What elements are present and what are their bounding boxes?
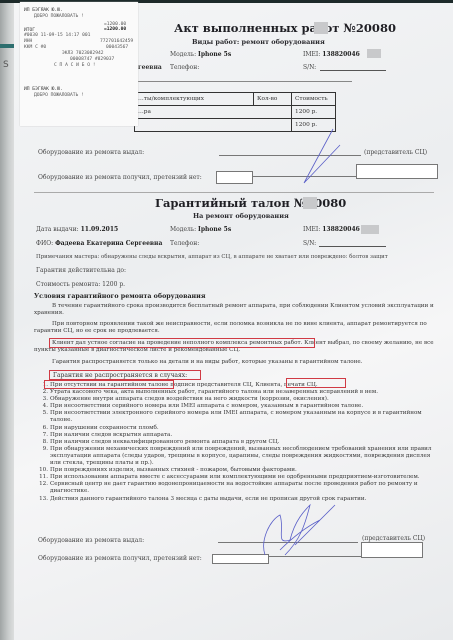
act-imei-label: IMEI: bbox=[303, 51, 320, 58]
warranty-fio-value: Фадеева Екатерина Сергеевна bbox=[55, 240, 162, 247]
conditions-para-4: Гарантия распространяется только на дета… bbox=[34, 359, 434, 366]
act-model-value: Iphone 5s bbox=[198, 51, 231, 58]
cash-receipt: ИП БЭГЯАК Ю.Ю. ДОБРО ПОЖАЛОВАТЬ ! =1200.… bbox=[20, 2, 138, 126]
conditions-para-4-text: Гарантия распространяется только на дета… bbox=[34, 359, 434, 366]
act-sn-line bbox=[320, 70, 386, 71]
warranty-issued-role: (представитель СЦ) bbox=[362, 535, 425, 542]
warranty-repair-cost: Стоимость ремонта: 1200 р. bbox=[36, 281, 125, 288]
act-works-table: …ты/комплектующих Кол-во Стоимость …ра 1… bbox=[134, 92, 336, 132]
receipt-kkm-value: 00043567 bbox=[106, 45, 128, 50]
list-item: 13.Действия данного гарантийного талона … bbox=[42, 496, 437, 503]
redaction bbox=[314, 22, 328, 34]
table-cell: …ра bbox=[135, 106, 292, 119]
conditions-para-1-text: В течение гарантийного срока производитс… bbox=[34, 303, 434, 317]
consent-highlight-box bbox=[49, 338, 315, 348]
list-item: 7.При наличии следов вскрытия аппарата. bbox=[42, 432, 437, 439]
act-received-label: Оборудование из ремонта получил, претенз… bbox=[38, 174, 202, 181]
receipt-total-amount: =1200.00 bbox=[104, 27, 126, 32]
act-phone-label: Телефон: bbox=[170, 64, 199, 71]
conditions-para-1: В течение гарантийного срока производитс… bbox=[34, 303, 434, 317]
table-row: …ра 1200 р. bbox=[135, 106, 336, 119]
redaction bbox=[361, 225, 379, 234]
redaction-box bbox=[356, 164, 438, 179]
exclusions-list: 1.При отсутствии на гарантийном талоне п… bbox=[42, 382, 437, 503]
warranty-received-label: Оборудование из ремонта получил, претенз… bbox=[38, 555, 202, 562]
warranty-sn-label: S/N: bbox=[303, 240, 316, 247]
warranty-model-value: Iphone 5s bbox=[198, 226, 231, 233]
receipt-kkm-label: ККМ С #0 bbox=[24, 45, 46, 50]
redaction-box bbox=[361, 542, 423, 558]
act-model-label: Модель: bbox=[170, 51, 196, 58]
receipt-inn-label: ИНН bbox=[24, 39, 32, 44]
list-item: 6.При нарушении сохранности пломб. bbox=[42, 425, 437, 432]
warranty-date-label: Дата выдачи: bbox=[36, 226, 79, 233]
receipt-seller-2: ИП БЭГЯАК Ю.Ю. bbox=[24, 87, 63, 92]
stamp-highlight-box bbox=[286, 378, 346, 388]
warranty-date-value: 11.09.2015 bbox=[81, 226, 119, 233]
act-received-signature-line bbox=[253, 176, 356, 177]
table-cell: 1200 р. bbox=[292, 119, 336, 132]
act-client-line bbox=[134, 81, 352, 82]
receipt-seller: ИП БЭГЯАК Ю.Ю. bbox=[24, 8, 63, 13]
receipt-welcome-2: ДОБРО ПОЖАЛОВАТЬ ! bbox=[34, 93, 84, 98]
list-item: 8.При наличии следов неквалифицированног… bbox=[42, 439, 437, 446]
act-issued-signature-line bbox=[219, 155, 361, 156]
warranty-title: Гарантийный талон №20080 bbox=[155, 196, 346, 210]
warranty-date-field: Дата выдачи: 11.09.2015 bbox=[36, 226, 118, 233]
table-header-cell: Стоимость bbox=[292, 93, 336, 106]
warranty-fio-field: ФИО: Фадеева Екатерина Сергеевна bbox=[36, 240, 162, 247]
warranty-imei-label: IMEI: bbox=[303, 226, 320, 233]
warranty-sn-line bbox=[319, 246, 386, 247]
conditions-title: Условия гарантийного ремонта оборудовани… bbox=[34, 293, 206, 300]
warranty-issued-signature-line bbox=[218, 542, 358, 543]
receipt-doc-line: #0030 11-09-15 14:17 001 bbox=[24, 33, 90, 38]
conditions-para-2: При повторном проявлении такой же неиспр… bbox=[34, 321, 434, 335]
list-item: 12.Сервисный центр не дает гарантию водо… bbox=[42, 481, 437, 495]
table-header-cell: …ты/комплектующих bbox=[135, 93, 254, 106]
list-item: 3.Обнаружение внутри аппарата следов воз… bbox=[42, 396, 437, 403]
act-imei-value: 138820046 bbox=[322, 51, 360, 58]
warranty-phone-label: Телефон: bbox=[170, 240, 199, 247]
warranty-imei-value: 138820046 bbox=[322, 226, 360, 233]
receipt-eklz-line: ЭКЛЗ 7023082942 bbox=[62, 51, 104, 56]
act-imei-field: IMEI: 138820046 bbox=[303, 51, 360, 58]
master-notes: Примечания мастера: обнаружены следы вск… bbox=[36, 254, 388, 260]
warranty-imei-field: IMEI: 138820046 bbox=[303, 226, 360, 233]
act-model-field: Модель: Iphone 5s bbox=[170, 51, 231, 58]
warranty-model-field: Модель: Iphone 5s bbox=[170, 226, 231, 233]
act-client-name: геевна bbox=[138, 64, 162, 71]
warranty-fio-label: ФИО: bbox=[36, 240, 53, 247]
list-item: 9.При обнаружении механических поврежден… bbox=[42, 446, 437, 467]
scanner-edge-mark: S bbox=[3, 60, 9, 70]
no-signature-highlight-box bbox=[44, 380, 174, 389]
warranty-model-label: Модель: bbox=[170, 226, 196, 233]
section-divider bbox=[34, 192, 434, 193]
list-item: 4.При несоответствии серийного номера ил… bbox=[42, 403, 437, 410]
warranty-received-signature-line bbox=[269, 556, 361, 557]
table-row: 1200 р. bbox=[135, 119, 336, 132]
scanner-edge: S bbox=[0, 0, 14, 640]
exclusions-title-highlight-box bbox=[49, 370, 201, 380]
table-cell: 1200 р. bbox=[292, 106, 336, 119]
redaction bbox=[367, 49, 381, 58]
list-item: 5.При несоответствии электронного серийн… bbox=[42, 410, 437, 424]
warranty-valid-until: Гарантия действительна до: bbox=[36, 267, 126, 274]
act-sn-label: S/N: bbox=[303, 64, 316, 71]
scanner-edge-band bbox=[0, 44, 14, 48]
table-header-row: …ты/комплектующих Кол-во Стоимость bbox=[135, 93, 336, 106]
redaction bbox=[303, 197, 317, 209]
act-issued-role: (представитель СЦ) bbox=[364, 149, 427, 156]
receipt-welcome: ДОБРО ПОЖАЛОВАТЬ ! bbox=[34, 14, 84, 19]
redaction-box bbox=[216, 171, 253, 184]
table-cell bbox=[135, 119, 292, 132]
receipt-inn-value: 772701642459 bbox=[100, 39, 133, 44]
table-header-cell: Кол-во bbox=[254, 93, 292, 106]
conditions-para-2-text: При повторном проявлении такой же неиспр… bbox=[34, 321, 434, 335]
receipt-kpk-line: 00008747 #829037 bbox=[70, 57, 114, 62]
warranty-subtitle: На ремонт оборудования bbox=[193, 212, 289, 220]
receipt-thanks: С П А С И Б О ! bbox=[54, 63, 96, 68]
redaction-box bbox=[212, 554, 269, 564]
act-title: Акт выполненных работ №20080 bbox=[174, 21, 396, 35]
act-issued-label: Оборудование из ремонта выдал: bbox=[38, 149, 144, 156]
act-subtitle: Виды работ: ремонт оборудования bbox=[192, 38, 325, 46]
warranty-issued-label: Оборудование из ремонта выдал: bbox=[38, 537, 144, 544]
